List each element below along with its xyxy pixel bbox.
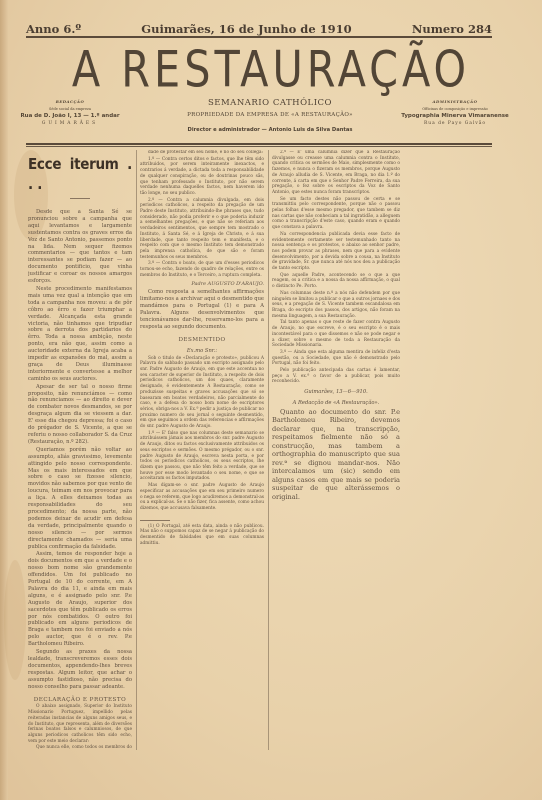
section-title-desmentido: DESMENTIDO [140, 337, 264, 344]
administracao-label: ADMINISTRAÇÃO [390, 99, 520, 104]
paragraph: 2.º — E' uma calumnia dizer que a Restau… [272, 150, 400, 196]
administracao-address: Rua de Payo Galvão [390, 121, 520, 126]
administracao-line: Officinas de composição e impressão [390, 107, 520, 111]
issue-place-date: Guimarães, 16 de Junho de 1910 [141, 22, 351, 36]
page-edge [0, 0, 8, 800]
paragraph: Mas digam-se o snr. padre Augusto de Ara… [140, 483, 264, 512]
salutation: Ex.mo Snr.: [140, 348, 264, 355]
administracao-press: Typographia Minerva Vimaranense [390, 113, 520, 119]
paragraph: Sob o titulo de «Declaração e protesto»,… [140, 356, 264, 430]
issue-number: Numero 284 [412, 22, 492, 36]
masthead-director: Director e administrador — Antonio Luis … [150, 127, 390, 133]
paragraph: 1.º — E' falso que nas columnas deste se… [140, 431, 264, 482]
issue-year: Anno 6.º [26, 22, 81, 36]
redaccao-address: Rua de D. João I, 13 — 1.º andar [10, 113, 130, 119]
paragraph: Como resposta a semelhantes affirmações … [140, 289, 264, 330]
paragraph: Quanto ao documento do snr. P.e Bartholo… [272, 408, 400, 502]
column-3: 2.º — E' uma calumnia dizer que a Restau… [272, 150, 400, 750]
paragraph: Tal tanto apenas o que reste de fazer co… [272, 320, 400, 349]
paragraph: Pelo publicação antecipada das cartas é … [272, 368, 400, 385]
divider [70, 198, 90, 199]
masthead-rule [26, 143, 492, 145]
paragraph: Apesar de ser tal o nosso firme proposit… [28, 384, 132, 446]
paragraph: Nas columnas deste n.º a nós não defende… [272, 291, 400, 320]
signature: Padre AUGUSTO D'ARAUJO. [140, 281, 264, 288]
section-title-declaracao: DECLARAÇÃO E PROTESTO [28, 697, 132, 704]
paragraph: Que aquelle Padre, acontecendo se o que … [272, 273, 400, 290]
newspaper-page: Anno 6.º Guimarães, 16 de Junho de 1910 … [0, 0, 542, 800]
header-rule [26, 36, 492, 38]
masthead-property: PROPRIEDADE DA EMPRESA DE «A RESTAURAÇÃO… [150, 112, 390, 118]
paper-stain [4, 560, 26, 680]
redaccao-line: Séde social da empreza [10, 107, 130, 111]
paragraph: O abaixo assignado, Superior do Institut… [28, 704, 132, 744]
paragraph: Assim, temos de responder hoje a dois do… [28, 551, 132, 648]
redaccao-box: REDACÇÃO Séde social da empreza Rua de D… [10, 99, 130, 126]
paragraph: Que nunca elle, como todos os membros do… [28, 745, 132, 750]
column-divider [136, 150, 137, 750]
paragraph: 3.º — Ainda que esta alguma mentira de i… [272, 350, 400, 367]
redaccao-city: GUIMARÃES [10, 121, 130, 126]
redaccao-label: REDACÇÃO [10, 99, 130, 104]
column-2: dade de protestar em seu nome, e no do s… [140, 150, 264, 750]
footnote-rule [140, 520, 170, 521]
signature: A Redacção de «A Restauração». [272, 400, 400, 407]
paragraph: 1.º — Contra certos ditos e factos, que … [140, 157, 264, 197]
paragraph: 3.º — Contra o boato, de que um d'esses … [140, 261, 264, 278]
headline-ecce-iterum: Ecce iterum . . . [28, 154, 132, 194]
paragraph: Desde que a Santa Sé se pronunciou sobre… [28, 209, 132, 285]
administracao-box: ADMINISTRAÇÃO Officinas de composição e … [390, 99, 520, 126]
column-1: Ecce iterum . . . Desde que a Santa Sé s… [28, 150, 132, 750]
masthead-subtitle: SEMANARIO CATHÓLICO [150, 98, 390, 108]
paragraph: Se um facto destes não passou de certa e… [272, 197, 400, 231]
column-divider [268, 150, 269, 750]
paragraph: Segundo as praxes da nossa lealdade, tra… [28, 649, 132, 690]
paragraph: Queriamos porém não voltar ao assumpto, … [28, 447, 132, 551]
masthead-rule-thin [26, 146, 492, 147]
paragraph: 2.º — Contra a calumnia divulgada, em do… [140, 198, 264, 261]
paragraph: Neste procedimento manifestamos mais uma… [28, 286, 132, 383]
paragraph: dade de protestar em seu nome, e no do s… [140, 150, 264, 156]
paragraph: Na correspondencia publicada devia esse … [272, 232, 400, 272]
masthead-title: A RESTAURAÇÃO [0, 40, 542, 98]
issue-line: Anno 6.º Guimarães, 16 de Junho de 1910 … [26, 10, 492, 36]
footnote: (1) O Portugal, até esta data, ainda o n… [140, 524, 264, 547]
dateline: Guimarães, 13—6—910. [272, 389, 400, 396]
